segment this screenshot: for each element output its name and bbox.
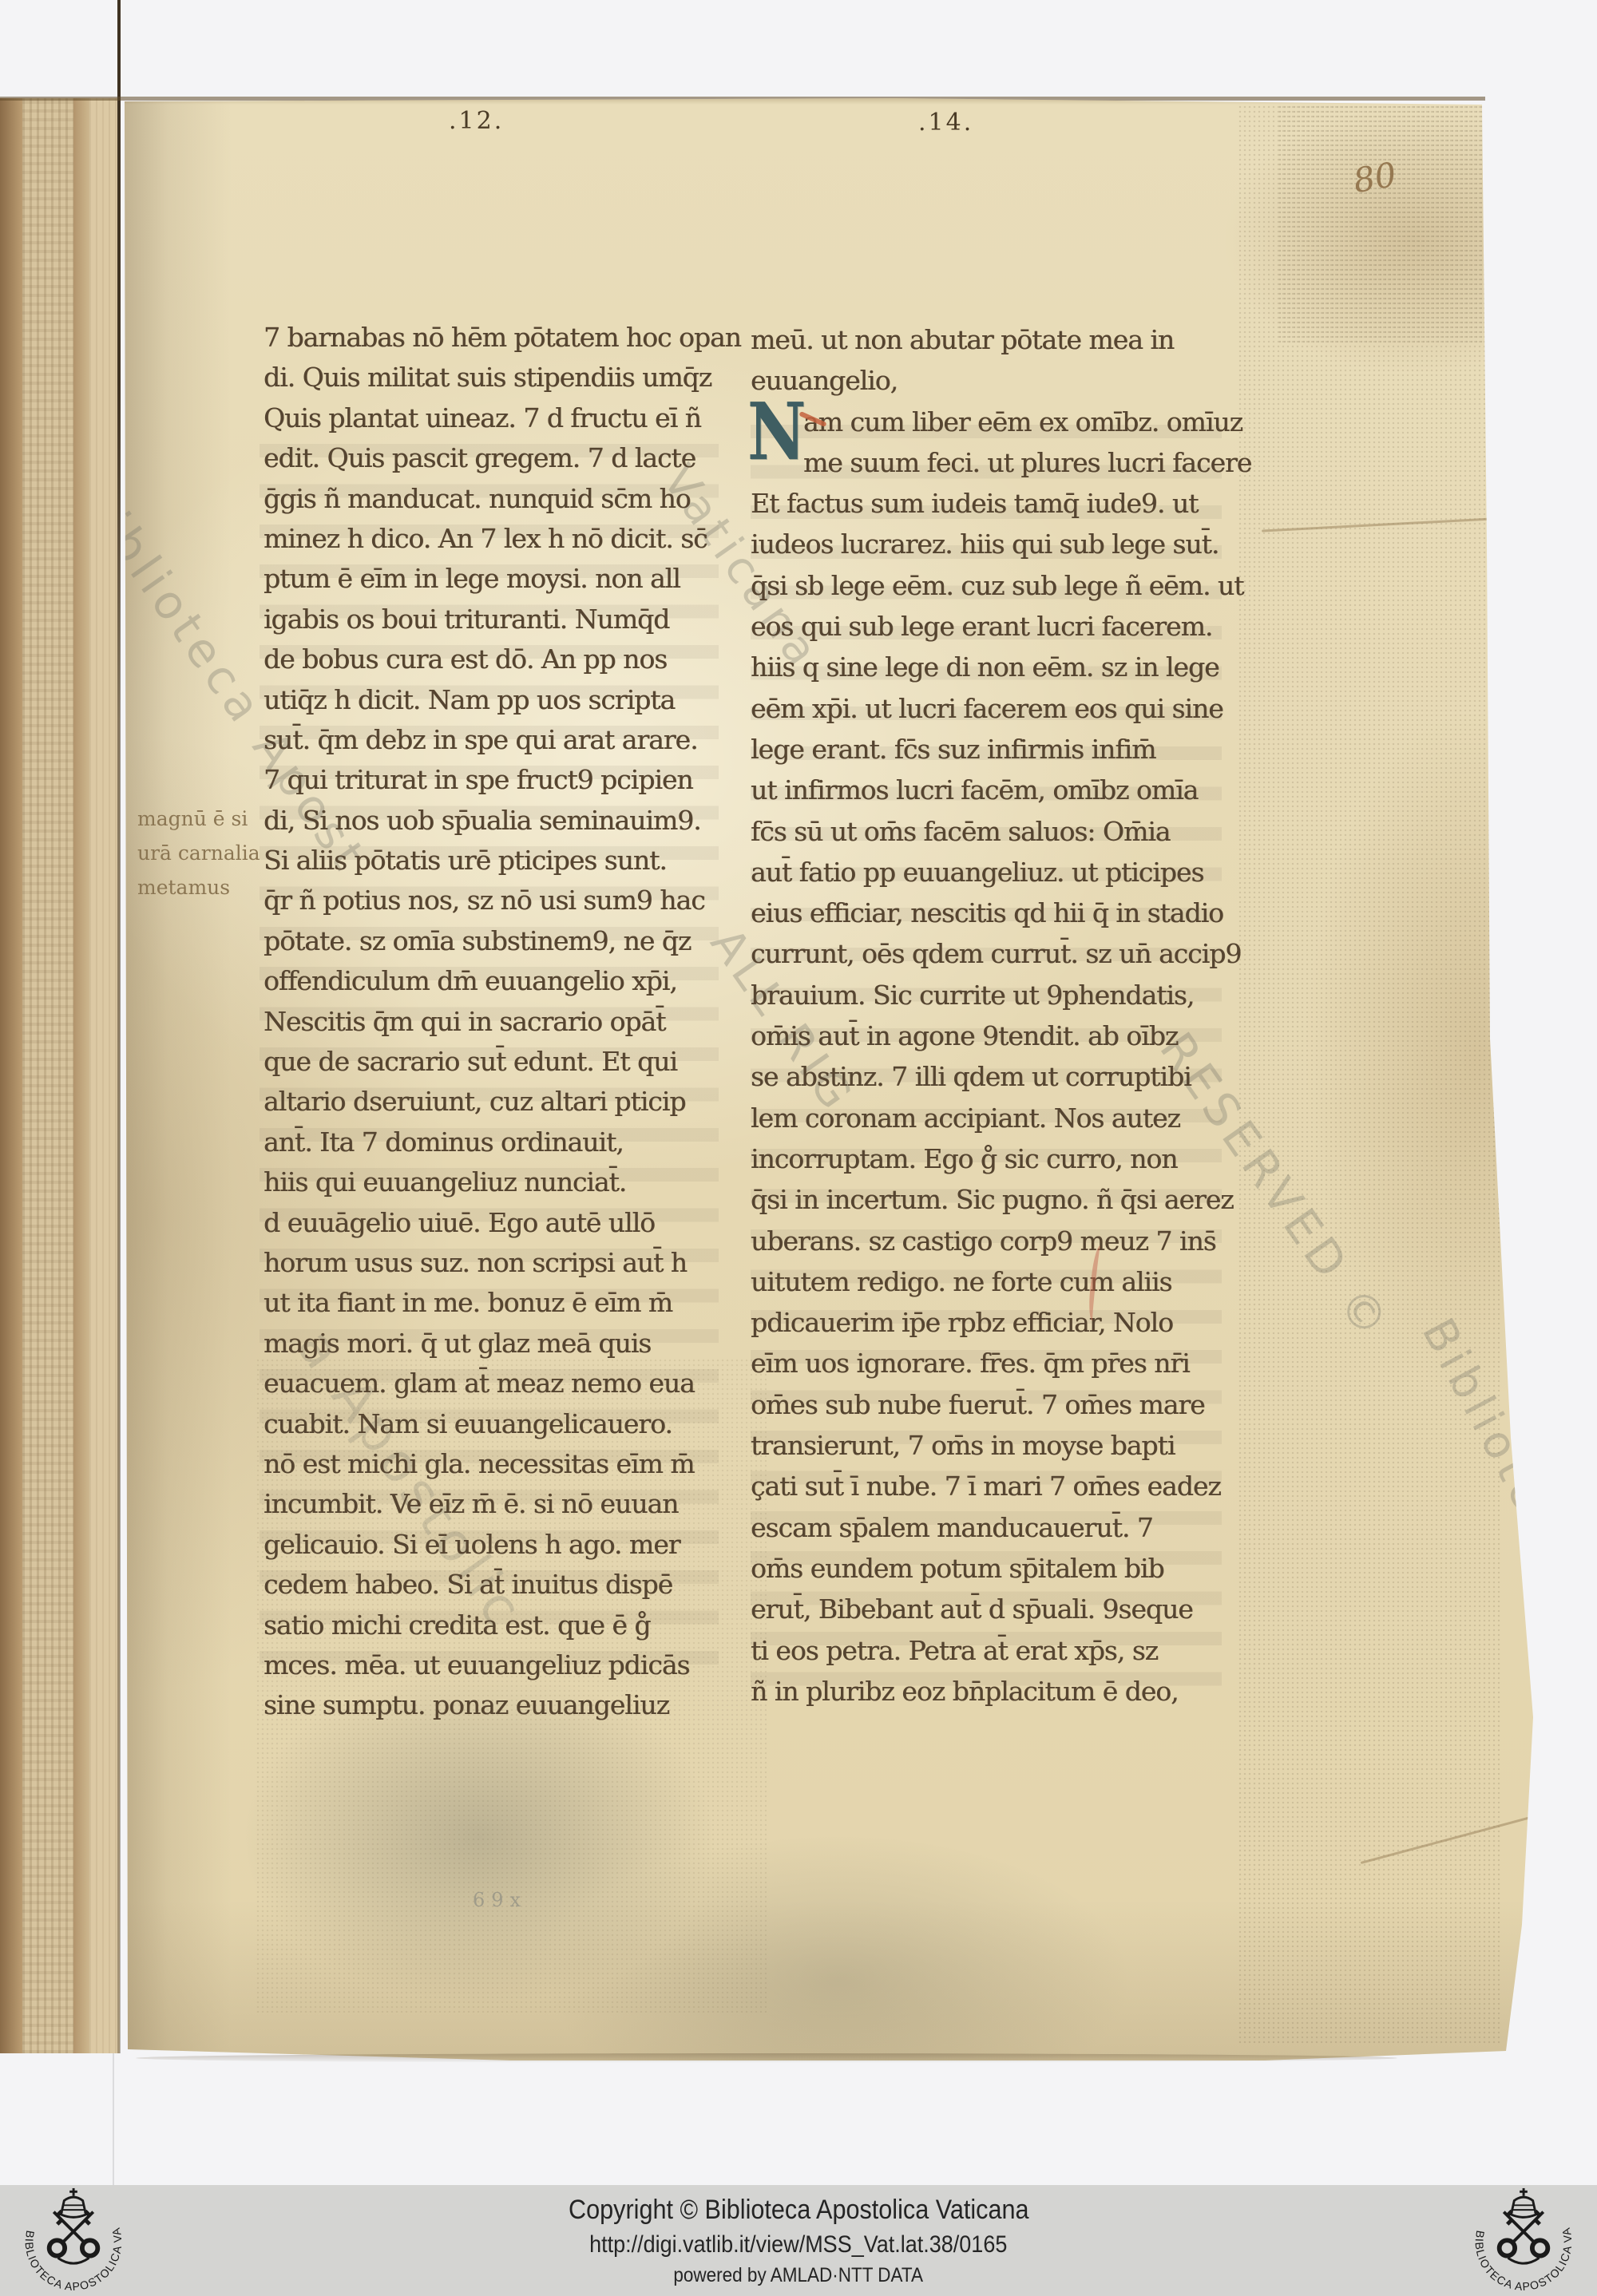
- svg-text:BIBLIOTECA APOSTOLICA VATICANA: BIBLIOTECA APOSTOLICA VATICANA: [11, 2187, 124, 2293]
- manuscript-line: om̄es sub nube fuerut̄. 7 om̄es mare: [751, 1384, 1251, 1425]
- manuscript-line: minez h dico. An 7 lex h nō dicit. sc̄: [264, 519, 741, 559]
- logo-curved-text: BIBLIOTECA APOSTOLICA VATICANA: [1461, 2187, 1574, 2293]
- manuscript-line: fc̄s sū ut om̄s facēm saluos: Om̄ia: [751, 811, 1251, 852]
- manuscript-line: erut̄, Bibebant aut̄ d sp̄uali. 9seque: [751, 1589, 1251, 1629]
- manuscript-line: di, Si nos uob sp̄ualia seminauim9.: [264, 801, 741, 841]
- vatican-library-logo-left: BIBLIOTECA APOSTOLICA VATICANA: [11, 2187, 136, 2295]
- manuscript-line: 7 barnabas nō hēm pōtatem hoc opan: [264, 318, 741, 358]
- powered-by-line: powered by AMLAD·NTT DATA: [674, 2264, 924, 2287]
- manuscript-line: magis mori. q̄ ut glaz meā quis: [264, 1324, 741, 1364]
- manuscript-line: sine sumptu. ponaz euuangeliuz: [264, 1685, 741, 1725]
- manuscript-line: lem coronam accipiant. Nos autez: [751, 1098, 1251, 1138]
- manuscript-line: hiis q sine lege di non eēm. sz in lege: [751, 647, 1251, 687]
- manuscript-line: eius efficiar, nescitis qd hii q̄ in sta…: [751, 893, 1251, 933]
- manuscript-line: Quis plantat uineaz. 7 d fructu eī ñ: [264, 398, 741, 438]
- manuscript-line: uitutem redigo. ne forte cum aliis: [751, 1261, 1251, 1302]
- manuscript-line: euuangelio,: [751, 360, 1251, 401]
- marginal-note: magnū ē siurā carnaliametamus: [137, 802, 265, 905]
- manuscript-line: brauium. Sic currite ut 9phendatis,: [751, 975, 1251, 1015]
- manuscript-line: ñ in pluribz eoz bn̄placitum ē deo,: [751, 1671, 1251, 1712]
- manuscript-line: se abstinz. 7 illi qdem ut corruptibi: [751, 1056, 1251, 1097]
- manuscript-line: horum usus suz. non scripsi aut̄ h: [264, 1243, 741, 1283]
- manuscript-line: ant̄. Ita 7 dominus ordinauit,: [264, 1122, 741, 1162]
- manuscript-line: ptum ē eīm in lege moysi. non all: [264, 559, 741, 599]
- decorated-initial-N: N: [747, 396, 806, 469]
- manuscript-line: Nescitis q̄m qui in sacrario opāt̄: [264, 1002, 741, 1042]
- manuscript-line: me suum feci. ut plures lucri facere: [751, 442, 1251, 483]
- page-number-left: .12.: [449, 107, 504, 135]
- manuscript-line: magnū ē si: [137, 802, 265, 836]
- flyleaf-crease: [113, 2053, 114, 2185]
- parchment-texture: [1238, 105, 1501, 2045]
- manuscript-line: q̄r ñ potius nos, sz nō usi sum9 hac: [264, 881, 741, 920]
- manuscript-line: de bobus cura est dō. An pp nos: [264, 639, 741, 679]
- manuscript-line: iudeos lucrarez. hiis qui sub lege sut̄.: [751, 524, 1251, 564]
- manuscript-line: eos qui sub lege erant lucri facerem.: [751, 606, 1251, 647]
- manuscript-line: escam sp̄alem manducauerut̄. 7: [751, 1507, 1251, 1548]
- manuscript-line: om̄is aut̄ in agone 9tendit. ab oībz: [751, 1015, 1251, 1056]
- page-number-right: .14.: [918, 109, 973, 137]
- manuscript-line: mces. mēa. ut euuangeliuz pdicās: [264, 1645, 741, 1685]
- page-shadow: [136, 2053, 1397, 2063]
- manuscript-line: ḡgis ñ manducat. nunquid sc̄m ho: [264, 479, 741, 519]
- copyright-line: Copyright © Biblioteca Apostolica Vatica…: [569, 2195, 1029, 2226]
- manuscript-line: Et factus sum iudeis tamq̄ iude9. ut: [751, 483, 1251, 524]
- source-url: http://digi.vatlib.it/view/MSS_Vat.lat.3…: [589, 2231, 1007, 2258]
- manuscript-line: pōtate. sz omīa substinem9, ne q̄z: [264, 921, 741, 961]
- manuscript-line: urā carnalia: [137, 836, 265, 870]
- manuscript-line: utiq̄z h dicit. Nam pp uos scripta: [264, 680, 741, 720]
- manuscript-line: metamus: [137, 870, 265, 905]
- quire-mark: 69x: [473, 1889, 527, 1911]
- gutter-crease: [117, 0, 121, 2053]
- manuscript-line: altario dseruiunt, cuz altari pticip: [264, 1082, 741, 1122]
- manuscript-line: meū. ut non abutar pōtate mea in: [751, 319, 1251, 360]
- manuscript-line: euacuem. glam at̄ meaz nemo eua: [264, 1364, 741, 1403]
- manuscript-line: satio michi credita est. que ē g̊: [264, 1605, 741, 1645]
- manuscript-line: çati sut̄ ī nube. 7 ī mari 7 om̄es eadez: [751, 1466, 1251, 1506]
- parchment-texture: [1278, 105, 1493, 344]
- manuscript-line: gelicauio. Si eī uolens h ago. mer: [264, 1525, 741, 1565]
- manuscript-line: q̄si in incertum. Sic pugno. ñ q̄si aere…: [751, 1179, 1251, 1220]
- manuscript-line: d euuāgelio uiuē. Ego autē ullō: [264, 1203, 741, 1243]
- manuscript-line: ti eos petra. Petra at̄ erat xp̄s, sz: [751, 1630, 1251, 1671]
- footer-bar: Copyright © Biblioteca Apostolica Vatica…: [0, 2185, 1597, 2296]
- manuscript-line: igabis os boui trituranti. Numq̄d: [264, 600, 741, 639]
- manuscript-line: sut̄. q̄m debz in spe qui arat arare.: [264, 720, 741, 760]
- manuscript-line: lege erant. fc̄s suz infirmis infim̄: [751, 729, 1251, 770]
- manuscript-line: nō est michi gla. necessitas eīm m̄: [264, 1444, 741, 1484]
- manuscript-line: currunt, oēs qdem currut̄. sz un̄ accip9: [751, 933, 1251, 974]
- manuscript-line: om̄s eundem potum sp̄italem bib: [751, 1548, 1251, 1589]
- manuscript-line: uberans. sz castigo corp9 meuz 7 ins̄: [751, 1221, 1251, 1261]
- scanned-manuscript-viewer: { "scan": { "left_page_number": ".12.", …: [0, 0, 1597, 2296]
- manuscript-line: cuabit. Nam si euuangelicauero.: [264, 1404, 741, 1444]
- footer-text-block: Copyright © Biblioteca Apostolica Vatica…: [0, 2185, 1597, 2296]
- page-stack-edge: [22, 98, 73, 2053]
- manuscript-line: edit. Quis pascit gregem. 7 d lacte: [264, 438, 741, 478]
- svg-text:BIBLIOTECA APOSTOLICA VATICANA: BIBLIOTECA APOSTOLICA VATICANA: [1461, 2187, 1574, 2293]
- manuscript-line: ut infirmos lucri facēm, omībz omīa: [751, 770, 1251, 810]
- page-stack-fold: [73, 98, 89, 2053]
- previous-page-edge: [89, 98, 120, 2053]
- manuscript-line: di. Quis militat suis stipendiis umq̄z: [264, 358, 741, 398]
- manuscript-line: cedem habeo. Si at̄ inuitus dispē: [264, 1565, 741, 1605]
- manuscript-line: pdicauerim ip̄e rpbz efficiar, Nolo: [751, 1302, 1251, 1343]
- manuscript-line: incorruptam. Ego g̊ sic curro, non: [751, 1138, 1251, 1179]
- manuscript-line: offendiculum dm̄ euuangelio xp̄i,: [264, 961, 741, 1001]
- manuscript-line: eīm uos ignorare. fr̄es. q̄m pr̄es nr̄i: [751, 1343, 1251, 1384]
- logo-curved-text: BIBLIOTECA APOSTOLICA VATICANA: [11, 2187, 124, 2293]
- manuscript-line: eēm xp̄i. ut lucri facerem eos qui sine: [751, 688, 1251, 729]
- text-column-2: meū. ut non abutar pōtate mea ineuuangel…: [751, 319, 1251, 1712]
- manuscript-line: aut̄ fatio pp euuangeliuz. ut pticipes: [751, 852, 1251, 893]
- manuscript-line: que de sacrario sut̄ edunt. Et qui: [264, 1042, 741, 1082]
- manuscript-line: hiis qui euuangeliuz nunciat̄.: [264, 1162, 741, 1202]
- manuscript-line: incumbit. Ve eīz m̄ ē. si nō euuan: [264, 1484, 741, 1524]
- manuscript-line: 7 qui triturat in spe fruct9 pcipien: [264, 760, 741, 800]
- text-column-1: 7 barnabas nō hēm pōtatem hoc opandi. Qu…: [264, 318, 741, 1726]
- manuscript-line: q̄si sb lege eēm. cuz sub lege ñ eēm. ut: [751, 565, 1251, 606]
- folio-number: 80: [1350, 155, 1399, 201]
- manuscript-line: transierunt, 7 om̄s in moyse bapti: [751, 1425, 1251, 1466]
- vatican-library-logo-right: BIBLIOTECA APOSTOLICA VATICANA: [1461, 2187, 1586, 2295]
- manuscript-line: ut ita fiant in me. bonuz ē eīm m̄: [264, 1283, 741, 1323]
- manuscript-line: Si aliis pōtatis urē pticipes sunt.: [264, 841, 741, 881]
- book-spine-edge: [0, 98, 22, 2053]
